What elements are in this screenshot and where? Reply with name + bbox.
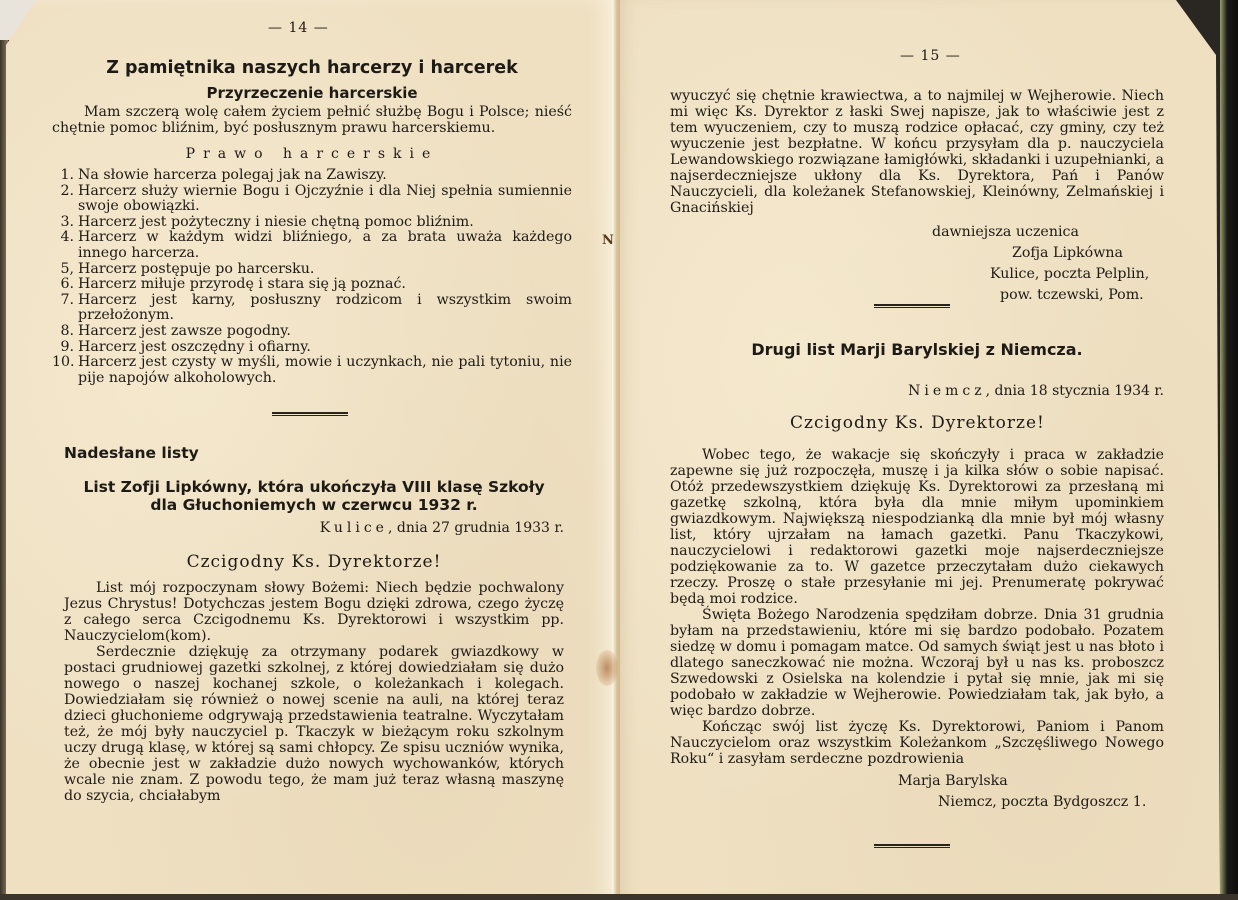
letter1-continuation: wyuczyć się chętnie krawiectwa, a to naj… <box>670 88 1164 216</box>
law-title: Prawo harcerskie <box>52 146 572 162</box>
signature-address: Niemcz, poczta Bydgoszcz 1. <box>670 792 1164 813</box>
letter1-date-rest: , dnia 27 grudnia 1933 r. <box>388 520 564 536</box>
letter2-paragraph: Wobec tego, że wakacje się skończyły i p… <box>670 447 1164 607</box>
law-item: 3.Harcerz jest pożyteczny i niesie chętn… <box>52 215 572 231</box>
letter1-salutation: Czcigodny Ks. Dyrektorze! <box>64 552 564 572</box>
section-title: Z pamiętnika naszych harcerzy i harcerek <box>52 58 572 78</box>
letters-heading: Nadesłane listy <box>64 444 564 462</box>
law-item: 10.Harcerz jest czysty w myśli, mowie i … <box>52 355 572 386</box>
right-page: — 15 — wyuczyć się chętnie krawiectwa, a… <box>616 0 1220 900</box>
letter1-title-line1: List Zofji Lipkówny, która ukończyła VII… <box>64 478 564 496</box>
letter2-paragraph: Święta Bożego Narodzenia spędziłam dobrz… <box>670 607 1164 719</box>
letter1-paragraph: Serdecznie dziękuję za otrzymany podarek… <box>64 644 564 804</box>
bottom-shadow <box>0 894 1238 900</box>
law-item: 6.Harcerz miłuje przyrodę i stara się ją… <box>52 277 572 293</box>
letter1-date: Kulice, dnia 27 grudnia 1933 r. <box>64 520 564 536</box>
book-spread: — 14 — Z pamiętnika naszych harcerzy i h… <box>0 0 1238 900</box>
letter1-signature: dawniejsza uczenica Zofja Lipkówna Kulic… <box>670 222 1164 306</box>
letter1-paragraph: List mój rozpoczynam słowy Bożemi: Niech… <box>64 580 564 644</box>
law-item: 4.Harcerz w każdym widzi bliźniego, a za… <box>52 230 572 261</box>
promise-text: Mam szczerą wolę całem życiem pełnić słu… <box>52 104 572 136</box>
letter2-signature: Marja Barylska Niemcz, poczta Bydgoszcz … <box>670 771 1164 813</box>
promise-title: Przyrzeczenie harcerskie <box>52 84 572 102</box>
letter2-paragraph: Kończąc swój list życzę Ks. Dyrektorowi,… <box>670 719 1164 767</box>
letter2-date-place: Niemcz <box>908 383 986 399</box>
letter2-date: Niemcz, dnia 18 stycznia 1934 r. <box>670 383 1164 399</box>
law-list: 1.Na słowie harcerza polegaj jak na Zawi… <box>52 168 572 386</box>
letter2-salutation: Czcigodny Ks. Dyrektorze! <box>670 413 1164 433</box>
letter2-title: Drugi list Marji Barylskiej z Niemcza. <box>670 340 1164 359</box>
book-cover-edge <box>1220 0 1238 900</box>
law-item: 9.Harcerz jest oszczędny i ofiarny. <box>52 340 572 356</box>
left-page: — 14 — Z pamiętnika naszych harcerzy i h… <box>6 0 616 900</box>
section-divider <box>874 844 950 848</box>
page-number-left: — 14 — <box>268 20 329 36</box>
law-item: 7.Harcerz jest karny, posłuszny rodzicom… <box>52 293 572 324</box>
law-item: 5,Harcerz postępuje po harcersku. <box>52 262 572 278</box>
signature-address-1: Kulice, poczta Pelplin, <box>670 264 1164 285</box>
law-item: 2.Harcerz służy wiernie Bogu i Ojczyźnie… <box>52 184 572 215</box>
signature-role: dawniejsza uczenica <box>670 222 1164 243</box>
signature-name: Zofja Lipkówna <box>670 243 1164 264</box>
binding-thread-mark: N <box>602 232 616 250</box>
book-spine <box>612 0 620 900</box>
section-divider <box>272 412 348 416</box>
signature-address-2: pow. tczewski, Pom. <box>670 285 1164 306</box>
binding-stain <box>596 650 618 686</box>
law-item: 8.Harcerz jest zawsze pogodny. <box>52 324 572 340</box>
law-item: 1.Na słowie harcerza polegaj jak na Zawi… <box>52 168 572 184</box>
section-divider <box>874 304 950 308</box>
letter1-title-line2: dla Głuchoniemych w czerwcu 1932 r. <box>64 496 564 514</box>
letter2-date-rest: , dnia 18 stycznia 1934 r. <box>986 383 1164 399</box>
page-number-right: — 15 — <box>900 48 961 64</box>
signature-name: Marja Barylska <box>670 771 1164 792</box>
letter1-date-place: Kulice <box>320 520 388 536</box>
